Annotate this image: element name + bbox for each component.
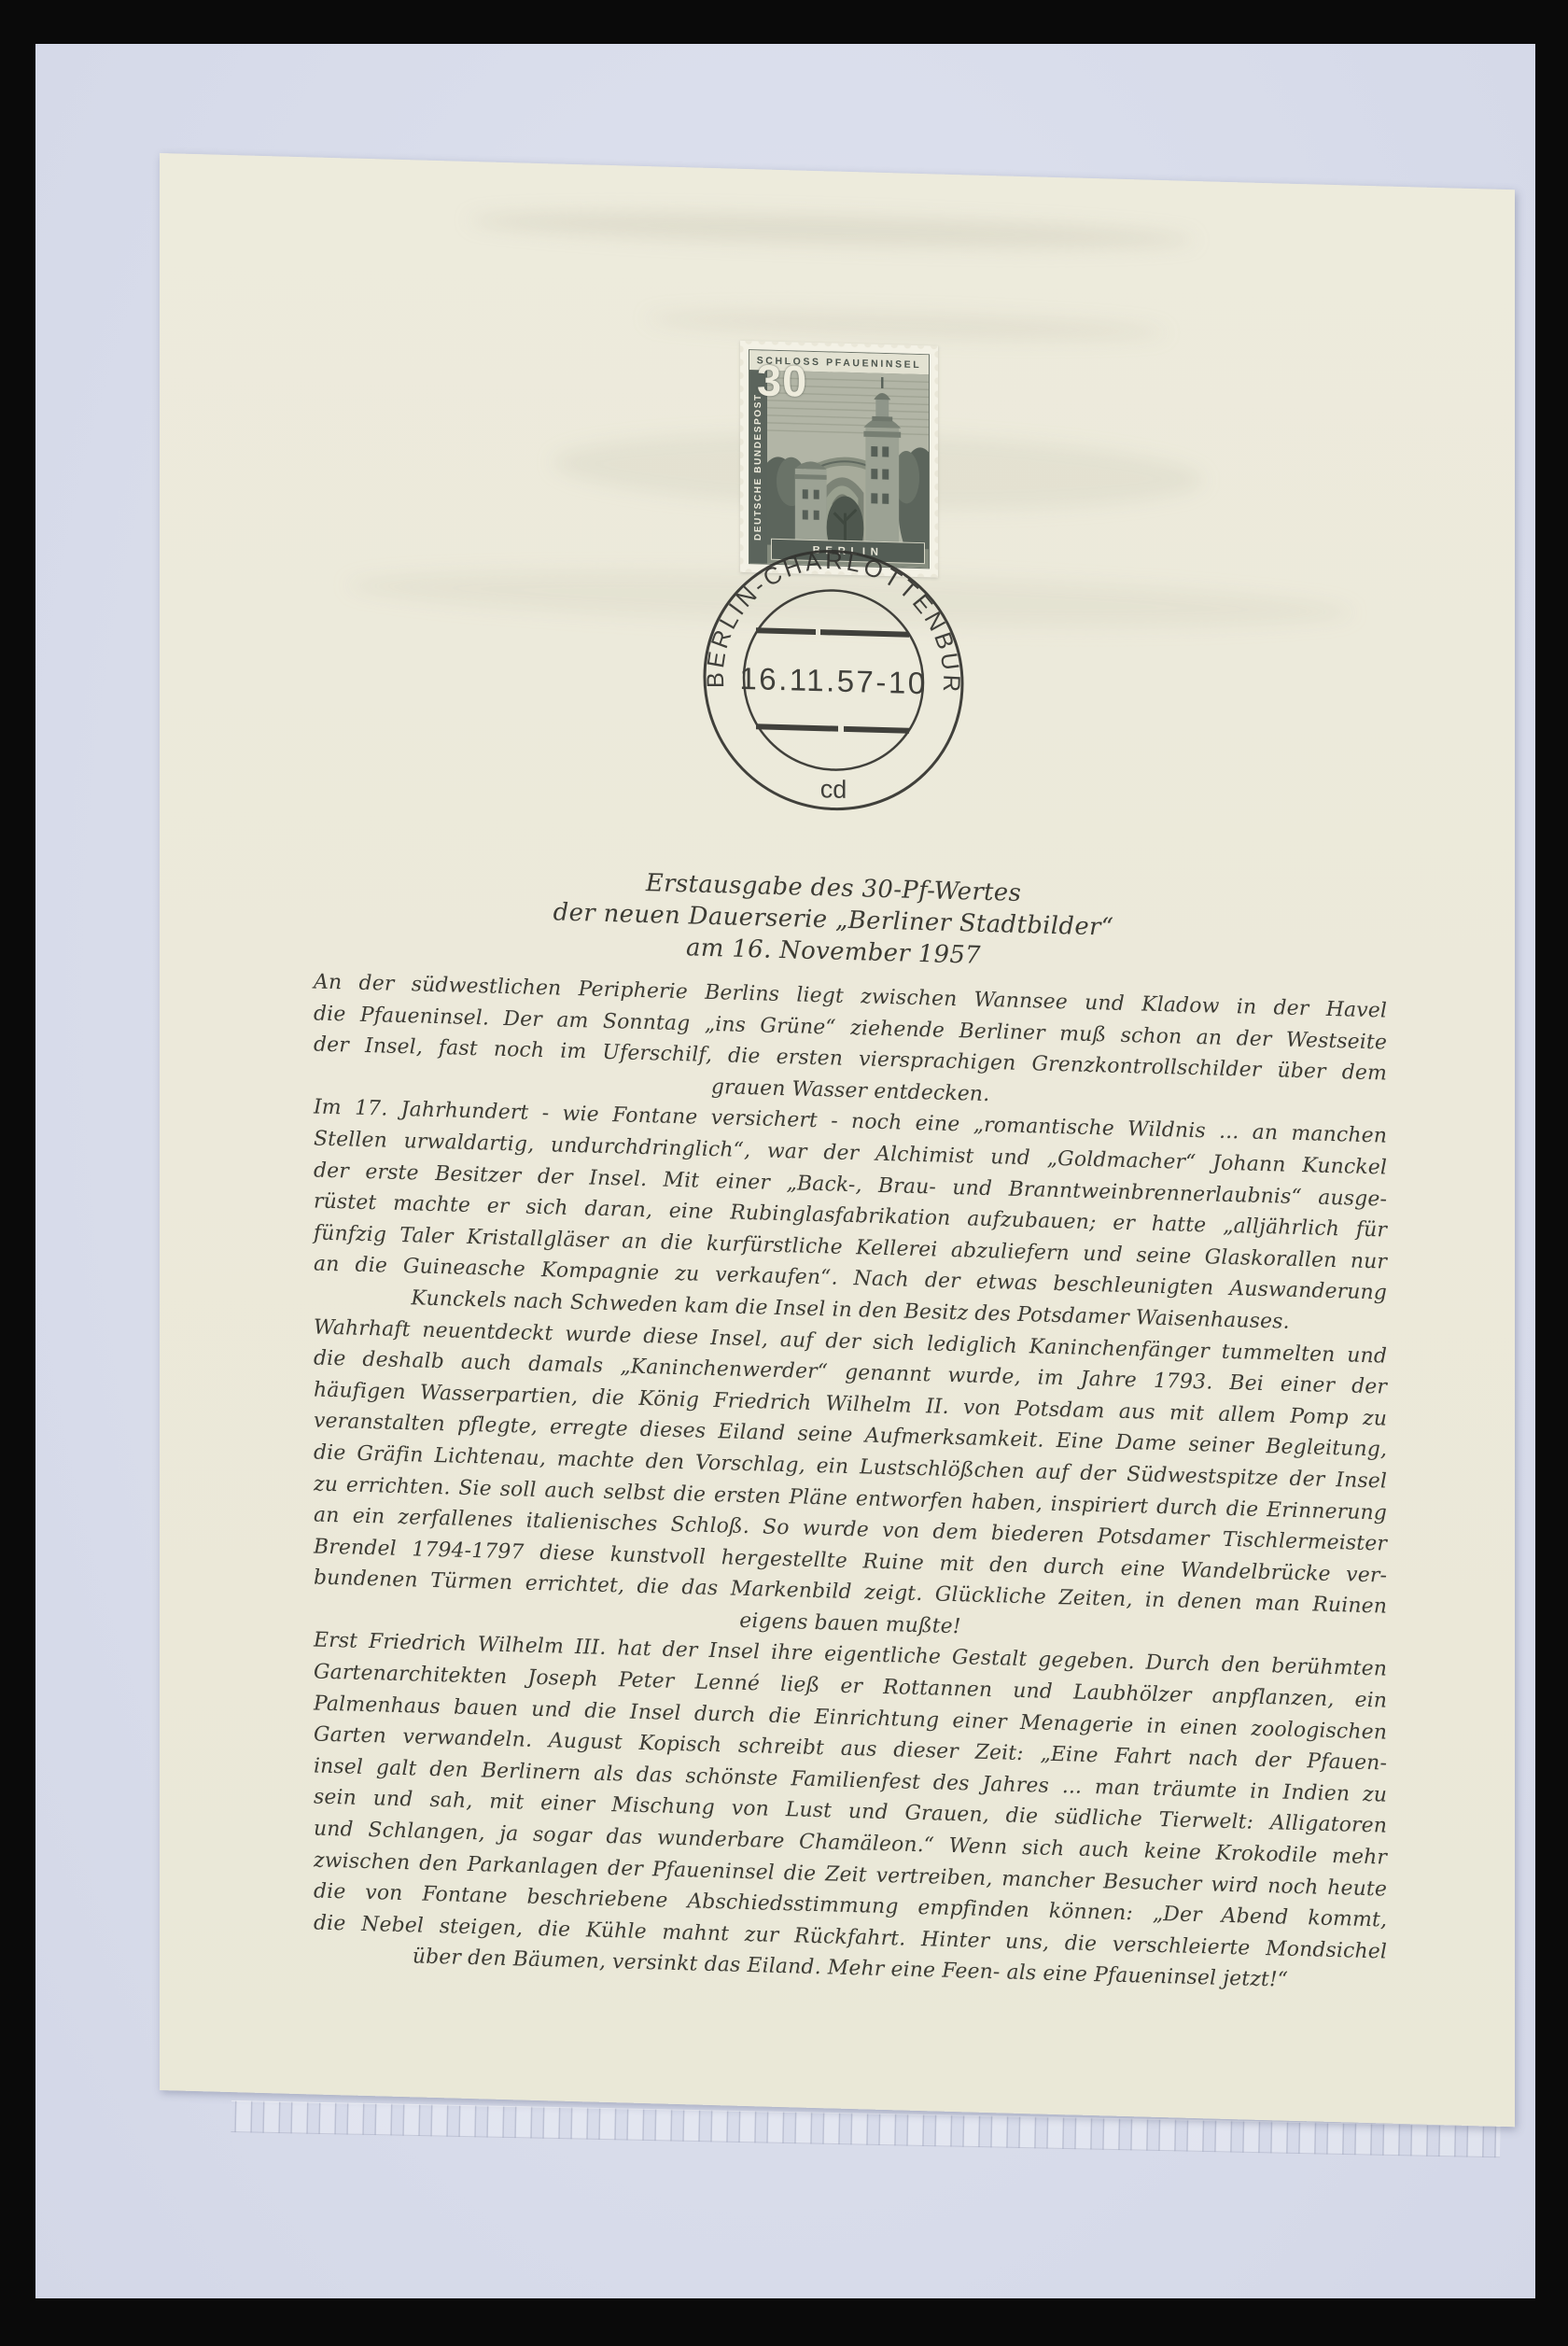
- sheet-title: Erstausgabe des 30-Pf-Wertes der neuen D…: [314, 858, 1387, 982]
- scanned-album-photo: { "page": { "frame_color": "#0a0a0a", "a…: [0, 0, 1568, 2346]
- album-page: SCHLOSS PFAUENINSEL DEUTSCHE BUNDESPOST: [35, 44, 1535, 2298]
- showthrough-smudge: [468, 206, 1196, 254]
- postmark-date: 16.11.57-10: [739, 661, 927, 700]
- text-column: Erstausgabe des 30-Pf-Wertes der neuen D…: [314, 858, 1387, 1999]
- stamp-design: SCHLOSS PFAUENINSEL DEUTSCHE BUNDESPOST: [749, 349, 930, 569]
- postmark-code: cd: [820, 775, 847, 804]
- showthrough-smudge: [645, 306, 1168, 344]
- first-day-sheet: SCHLOSS PFAUENINSEL DEUTSCHE BUNDESPOST: [160, 153, 1515, 2127]
- postmark: 16.11.57-10 cd (1) BERLIN-CHARLOTTENBURG…: [693, 536, 973, 823]
- stamp-denomination: 30: [757, 354, 807, 406]
- body-text: An der südwestlichen Peripherie Berlins …: [314, 966, 1387, 1999]
